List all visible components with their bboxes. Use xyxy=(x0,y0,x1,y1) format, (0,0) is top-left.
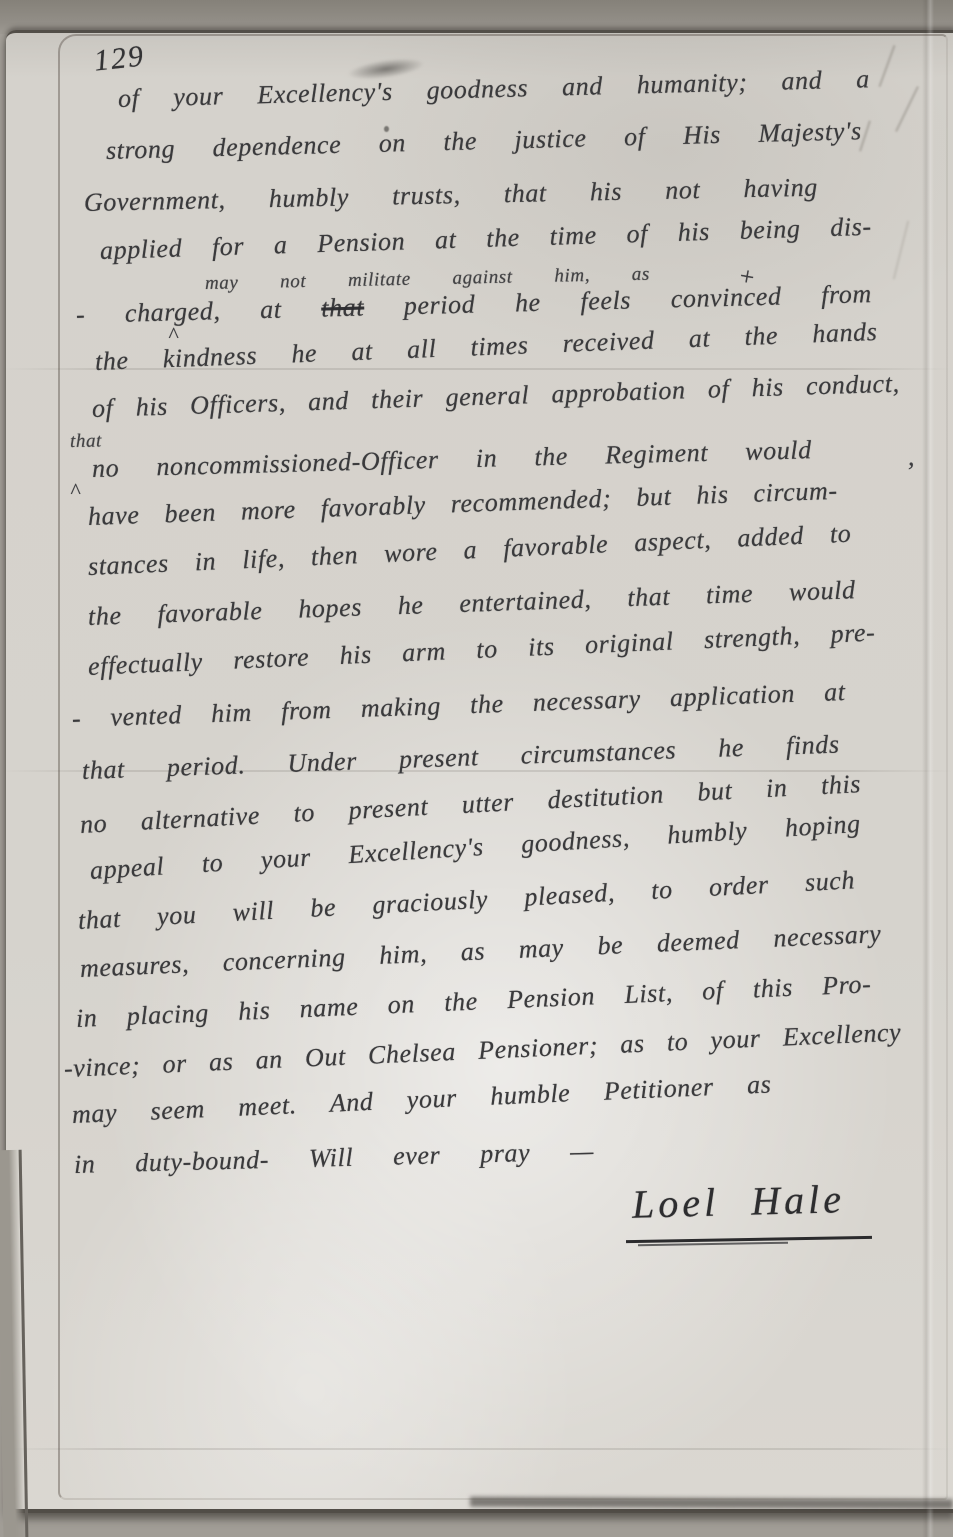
scanned-manuscript-page: { "manuscript": { "page_number": "129", … xyxy=(0,0,953,1537)
struck-out-word: that xyxy=(321,292,365,322)
signature: Loel Hale xyxy=(631,1175,845,1228)
manuscript-text: that xyxy=(70,430,102,452)
insertion-caret-mark: ^ xyxy=(70,478,79,504)
scanner-background-band xyxy=(0,0,953,34)
insertion-caret-mark: ^ xyxy=(168,322,177,348)
stray-comma-mark: , xyxy=(908,442,915,472)
manuscript-line: that xyxy=(70,429,102,454)
page-number: 129 xyxy=(92,39,146,78)
manuscript-text: - charged, at xyxy=(76,294,322,329)
